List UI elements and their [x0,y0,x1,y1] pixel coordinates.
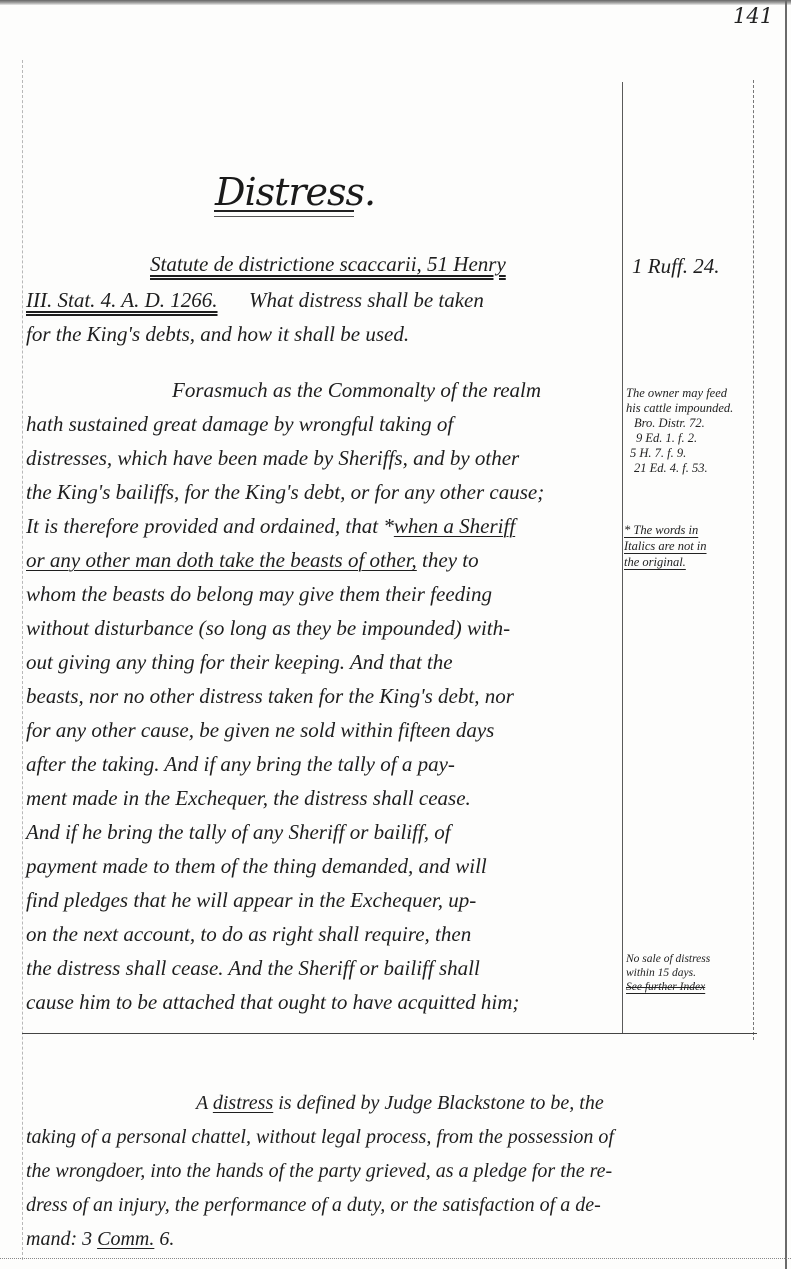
line-text: dress of an injury, the performance of a… [26,1194,601,1216]
page-number: 141 [733,4,773,28]
note-line: 5 H. 7. f. 9. [626,446,733,461]
line-text: the wrongdoer, into the hands of the par… [26,1160,612,1182]
statute-body-line: the King's bailiffs, for the King's debt… [26,480,544,505]
note-line: 21 Ed. 4. f. 53. [626,461,733,476]
statute-body-line: It is therefore provided and ordained, t… [26,514,515,539]
statute-body-line: ment made in the Exchequer, the distress… [26,786,471,811]
note-line: Bro. Distr. 72. [626,416,733,431]
statute-name: Statute de districtione scaccarii, 51 He… [150,252,506,276]
statute-heading-line-3: for the King's debts, and how it shall b… [26,322,409,347]
statute-body-line: distresses, which have been made by Sher… [26,446,519,471]
statute-subject: What distress shall be taken [249,288,484,312]
statute-body-line: out giving any thing for their keeping. … [26,650,453,675]
statute-body-line: cause him to be attached that ought to h… [26,990,519,1015]
line-text: mand: 3 [26,1228,97,1250]
note-line: within 15 days. [626,966,710,980]
underlined-italic-text: or any other man doth take the beasts of… [26,548,417,572]
line-text: out giving any thing for their keeping. … [26,650,453,674]
line-text: A [196,1092,213,1114]
line-text: distresses, which have been made by Sher… [26,446,519,470]
note-line: Italics are not in [624,538,707,554]
statute-body-line: without disturbance (so long as they be … [26,616,510,641]
line-text: beasts, nor no other distress taken for … [26,684,514,708]
definition-line: A distress is defined by Judge Blackston… [196,1092,604,1115]
scan-bottom-edge [0,1258,791,1261]
title-underline [214,210,354,217]
margin-column-rule-left [622,82,623,1034]
definition-line: dress of an injury, the performance of a… [26,1194,601,1217]
line-text: whom the beasts do belong may give them … [26,582,492,606]
manuscript-page: 141 Distress. Statute de districtione sc… [0,0,791,1269]
line-text: It is therefore provided and ordained, t… [26,514,394,538]
line-text: ment made in the Exchequer, the distress… [26,786,471,810]
statute-body-line: find pledges that he will appear in the … [26,888,476,913]
note-line: 9 Ed. 1. f. 2. [626,431,733,446]
underlined-italic-text: distress [213,1092,273,1114]
margin-note-owner-feed: The owner may feed his cattle impounded.… [626,386,733,476]
statute-body-line: the distress shall cease. And the Sherif… [26,956,480,981]
note-line: his cattle impounded. [626,401,733,416]
statute-body-line: Forasmuch as the Commonalty of the realm [172,378,541,403]
margin-note-sale: No sale of distress within 15 days. See … [626,952,710,994]
statute-citation: III. Stat. 4. A. D. 1266. [26,288,218,312]
line-text: on the next account, to do as right shal… [26,922,471,946]
margin-reference: 1 Ruff. 24. [632,254,720,279]
underlined-italic-text: Comm. [97,1228,154,1250]
statute-body-line: whom the beasts do belong may give them … [26,582,492,607]
statute-body-line: for any other cause, be given ne sold wi… [26,718,494,743]
definition-line: the wrongdoer, into the hands of the par… [26,1160,612,1183]
statute-heading-line-1: Statute de districtione scaccarii, 51 He… [150,252,506,277]
statute-body-line: And if he bring the tally of any Sheriff… [26,820,451,845]
statute-body-line: on the next account, to do as right shal… [26,922,471,947]
line-text: cause him to be attached that ought to h… [26,990,519,1014]
statute-body-line: beasts, nor no other distress taken for … [26,684,514,709]
note-line: No sale of distress [626,952,710,966]
line-text: is defined by Judge Blackstone to be, th… [273,1092,603,1114]
margin-column-rule-right [753,80,754,1040]
margin-note-italics: * The words in Italics are not in the or… [624,522,707,570]
left-margin-rule [22,60,23,1260]
line-text: they to [417,548,479,572]
note-line: * The words in [624,522,707,538]
line-text: without disturbance (so long as they be … [26,616,510,640]
line-text: the distress shall cease. And the Sherif… [26,956,480,980]
right-page-border [785,0,787,1269]
line-text: hath sustained great damage by wrongful … [26,412,453,436]
line-text: payment made to them of the thing demand… [26,854,487,878]
line-text: after the taking. And if any bring the t… [26,752,455,776]
line-text: Forasmuch as the Commonalty of the realm [172,378,541,402]
definition-line: mand: 3 Comm. 6. [26,1228,174,1251]
statute-body-line: or any other man doth take the beasts of… [26,548,479,573]
statute-body-line: payment made to them of the thing demand… [26,854,487,879]
section-divider [22,1033,757,1034]
statute-heading-line-2: III. Stat. 4. A. D. 1266. What distress … [26,288,484,313]
page-title: Distress. [215,170,375,214]
definition-line: taking of a personal chattel, without le… [26,1126,614,1149]
statute-body-line: after the taking. And if any bring the t… [26,752,455,777]
line-text: find pledges that he will appear in the … [26,888,476,912]
line-text: the King's bailiffs, for the King's debt… [26,480,544,504]
line-text: taking of a personal chattel, without le… [26,1126,614,1148]
note-line: the original. [624,554,707,570]
line-text: 6. [154,1228,174,1250]
note-line: The owner may feed [626,386,733,401]
line-text: And if he bring the tally of any Sheriff… [26,820,451,844]
note-line: See further Index [626,980,710,994]
line-text: for any other cause, be given ne sold wi… [26,718,494,742]
underlined-italic-text: when a Sheriff [394,514,515,538]
statute-body-line: hath sustained great damage by wrongful … [26,412,453,437]
scan-top-edge [0,0,791,5]
